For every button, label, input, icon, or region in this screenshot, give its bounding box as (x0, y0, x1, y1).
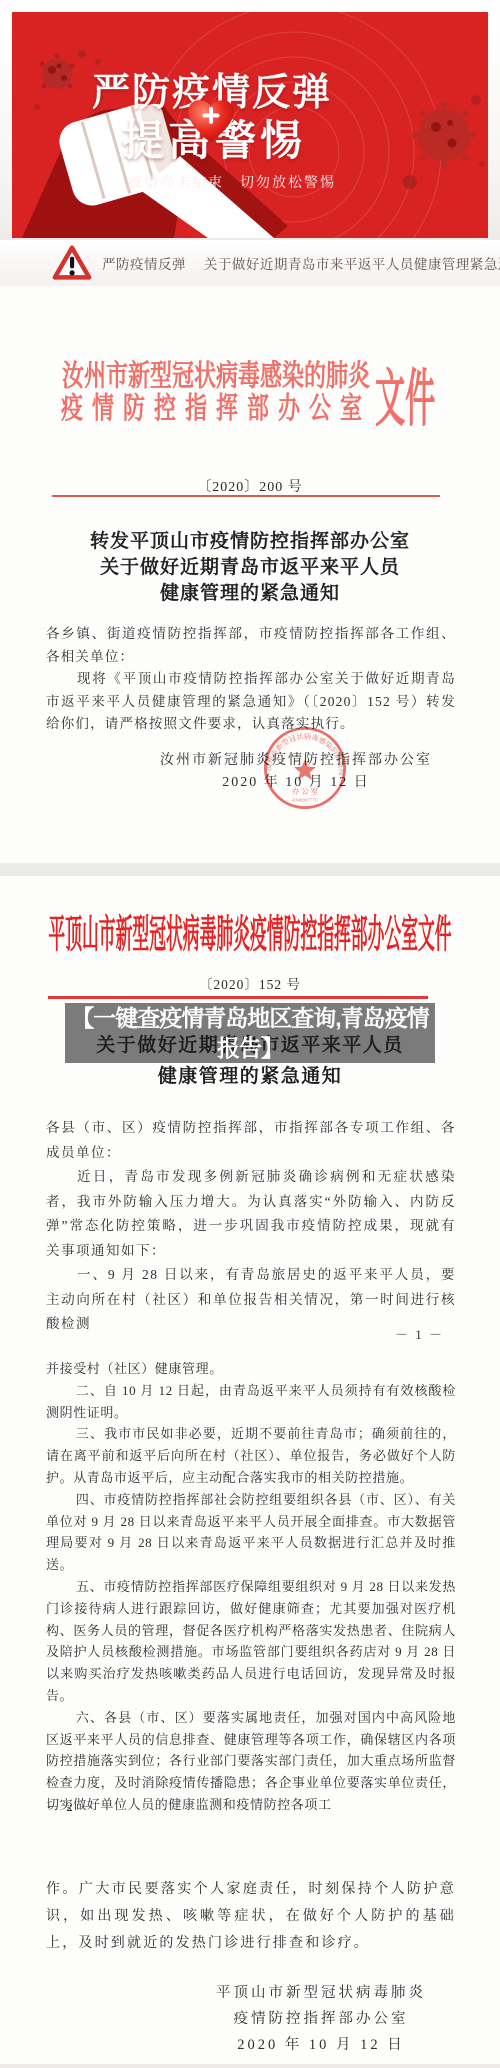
doc2-paragraph-item5: 五、市疫情防控指挥部医疗保障组要组织对 9 月 28 日以来发热门诊接待病人进行… (46, 1576, 456, 1707)
doc2-body-part1: 各县（市、区）疫情防控指挥部，市指挥部各专项工作组、各成员单位： 近日，青岛市发… (46, 1116, 456, 1337)
notice-bar-link[interactable]: 严防疫情反弹 关于做好近期青岛市来平返平人员健康管理紧急通知 (0, 240, 500, 286)
doc2-red-rule (48, 996, 428, 999)
doc1-paragraph: 现将《平顶山市疫情防控指挥部办公室关于做好近期青岛市返平来平人员健康管理的紧急通… (46, 668, 456, 736)
campaign-banner: 严防疫情反弹 提高警惕 疫情尚未结束 切勿放松警惕 (12, 12, 488, 238)
seal-serial: 4104820077731 (292, 797, 318, 802)
doc2-signature-line1: 平顶山市新型冠状病毒肺炎 (200, 1980, 442, 2006)
doc2-paragraph-item1-cont: 并接受村（社区）健康管理。 (46, 1358, 456, 1380)
seal-star-icon (294, 759, 316, 780)
doc1-org-suffix-wrap: 文件 (375, 368, 439, 426)
doc1-title-line3: 健康管理的紧急通知 (0, 581, 500, 607)
doc1-org-title: 汝州市新型冠状病毒感染的肺炎 疫情防控指挥部办公室 文件 (0, 360, 500, 426)
page-number-2: － 2 － (46, 1796, 95, 1815)
doc2-number: 〔2020〕152 号 (0, 973, 500, 993)
doc1-title-line2: 关于做好近期青岛市返平来平人员 (0, 555, 500, 581)
doc1-title-line1: 转发平顶山市疫情防控指挥部办公室 (0, 529, 500, 555)
doc1-org-suffix: 文件 (375, 368, 435, 431)
doc1-salutation: 各乡镇、街道疫情防控指挥部，市疫情防控指挥部各工作组、各相关单位： (46, 623, 456, 668)
doc1-red-rule (52, 495, 440, 497)
doc1-body: 各乡镇、街道疫情防控指挥部，市疫情防控指挥部各工作组、各相关单位： 现将《平顶山… (46, 623, 456, 736)
doc2-org-title: 平顶山市新型冠状病毒肺炎疫情防控指挥部办公室文件 (48, 902, 451, 959)
doc2-paragraph-item2: 二、自 10 月 12 日起，由青岛返平来平人员须持有有效核酸检测阴性证明。 (46, 1380, 456, 1424)
doc1-number: 〔2020〕200 号 (0, 476, 500, 496)
article-title-overlay: 【一键查疫情青岛地区查询,青岛疫情报告】 (65, 1002, 435, 1064)
doc1-title: 转发平顶山市疫情防控指挥部办公室 关于做好近期青岛市返平来平人员 健康管理的紧急… (0, 529, 500, 607)
doc2-paragraph-item6: 六、各县（市、区）要落实属地责任，加强对国内中高风险地区返平来平人员的信息排查、… (46, 1707, 456, 1816)
page-number-1: － 1 － (395, 1324, 444, 1343)
doc2-paragraph-intro: 近日，青岛市发现多例新冠肺炎确诊病例和无症状感染者，我市外防输入压力增大。为认真… (46, 1165, 456, 1263)
doc2-paragraph-item4: 四、市疫情防控指挥部社会防控组要组织各县（市、区）、有关单位对 9 月 28 日… (46, 1489, 456, 1576)
doc2-paragraph-item6-cont: 作。广大市民要落实个人家庭责任，时刻保持个人防护意识，如出现发热、咳嗽等症状，在… (46, 1876, 456, 1957)
notice-bar-text: 严防疫情反弹 关于做好近期青岛市来平返平人员健康管理紧急通知 (102, 253, 500, 273)
doc2-paragraph-item3: 三、我市市民如非必要，近期不要前往青岛市；确须前往的，请在离平前和返平后向所在村… (46, 1423, 456, 1488)
heart-plus-icon (184, 96, 238, 146)
warning-triangle-icon (52, 245, 92, 281)
doc1-org-name: 汝州市新型冠状病毒感染的肺炎 疫情防控指挥部办公室 (61, 360, 371, 425)
document-scan-ruzhou: 汝州市新型冠状病毒感染的肺炎 疫情防控指挥部办公室 文件 〔2020〕200 号… (0, 286, 500, 863)
doc2-salutation: 各县（市、区）疫情防控指挥部，市指挥部各专项工作组、各成员单位： (46, 1116, 456, 1165)
doc2-signature-line2: 疫情防控指挥部办公室 (200, 2006, 442, 2032)
virus-right-icon (403, 95, 485, 189)
document-scan-pingdingshan: 平顶山市新型冠状病毒肺炎疫情防控指挥部办公室文件 〔2020〕152 号 关于做… (0, 876, 500, 2064)
banner-subtitle: 疫情尚未结束 切勿放松警惕 (128, 172, 336, 192)
doc1-org-line2: 疫情防控指挥部办公室 (61, 392, 371, 424)
official-seal-icon: 汝州市新型冠状病毒感染的肺炎疫情防控指挥部 办 公 室 410482007773… (261, 724, 349, 812)
page-root: 严防疫情反弹 提高警惕 疫情尚未结束 切勿放松警惕 严防疫情反弹 关于做好近期青… (0, 0, 500, 2068)
doc2-title-line2: 健康管理的紧急通知 (0, 1061, 500, 1092)
seal-bottom-text: 办 公 室 (292, 786, 319, 796)
doc2-body-part2: 并接受村（社区）健康管理。 二、自 10 月 12 日起，由青岛返平来平人员须持… (46, 1358, 456, 1816)
doc2-signature-block: 平顶山市新型冠状病毒肺炎 疫情防控指挥部办公室 2020 年 10 月 12 日 (200, 1980, 442, 2058)
doc2-body-part3: 作。广大市民要落实个人家庭责任，时刻保持个人防护意识，如出现发热、咳嗽等症状，在… (46, 1876, 456, 1957)
doc1-org-line1: 汝州市新型冠状病毒感染的肺炎 (61, 360, 371, 392)
doc2-date: 2020 年 10 月 12 日 (200, 2032, 442, 2058)
